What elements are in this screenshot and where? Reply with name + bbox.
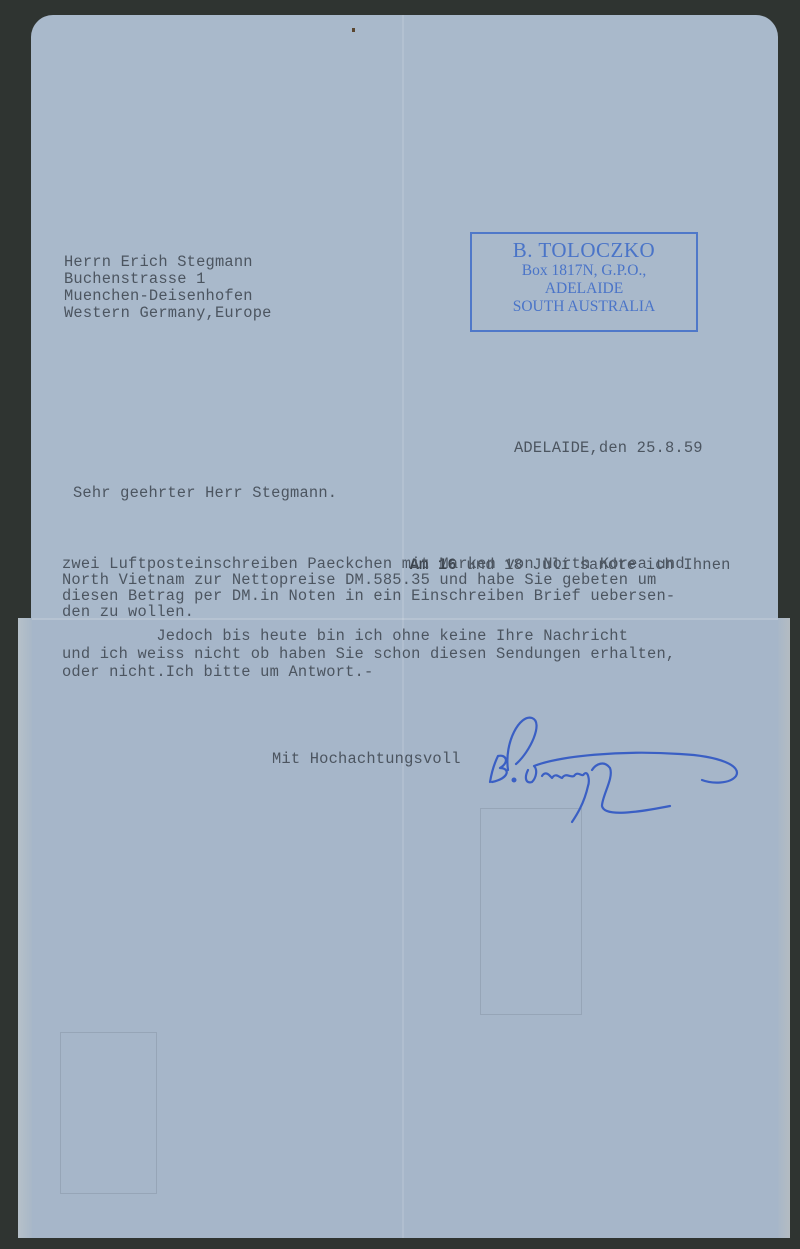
- recipient-line: Muenchen-Deisenhofen: [64, 288, 253, 305]
- recipient-line: Western Germany,Europe: [64, 305, 272, 322]
- sender-box: Box 1817N, G.P.O.,: [472, 262, 696, 280]
- body-line: oder nicht.Ich bitte um Antwort.-: [62, 664, 373, 681]
- ghost-stamp-outline: [480, 808, 582, 1015]
- dateline: ADELAIDE,den 25.8.59: [514, 440, 703, 457]
- sender-city: ADELAIDE: [472, 280, 696, 298]
- signature: B. Toloczko: [480, 712, 750, 832]
- ghost-stamp-outline-left: [60, 1032, 157, 1194]
- body-line: Jedoch bis heute bin ich ohne keine Ihre…: [62, 628, 628, 645]
- body-line: und ich weiss nicht ob haben Sie schon d…: [62, 646, 675, 663]
- closing: Mit Hochachtungsvoll: [272, 751, 461, 768]
- salutation: Sehr geehrter Herr Stegmann.: [73, 485, 337, 502]
- body-line: den zu wollen.: [62, 604, 194, 621]
- recipient-line: Herrn Erich Stegmann: [64, 254, 253, 271]
- paper-speck: [352, 28, 355, 32]
- sender-country: SOUTH AUSTRALIA: [472, 298, 696, 316]
- sender-name: B. TOLOCZKO: [472, 238, 696, 262]
- recipient-line: Buchenstrasse 1: [64, 271, 206, 288]
- sender-stamp: B. TOLOCZKO Box 1817N, G.P.O., ADELAIDE …: [470, 232, 698, 332]
